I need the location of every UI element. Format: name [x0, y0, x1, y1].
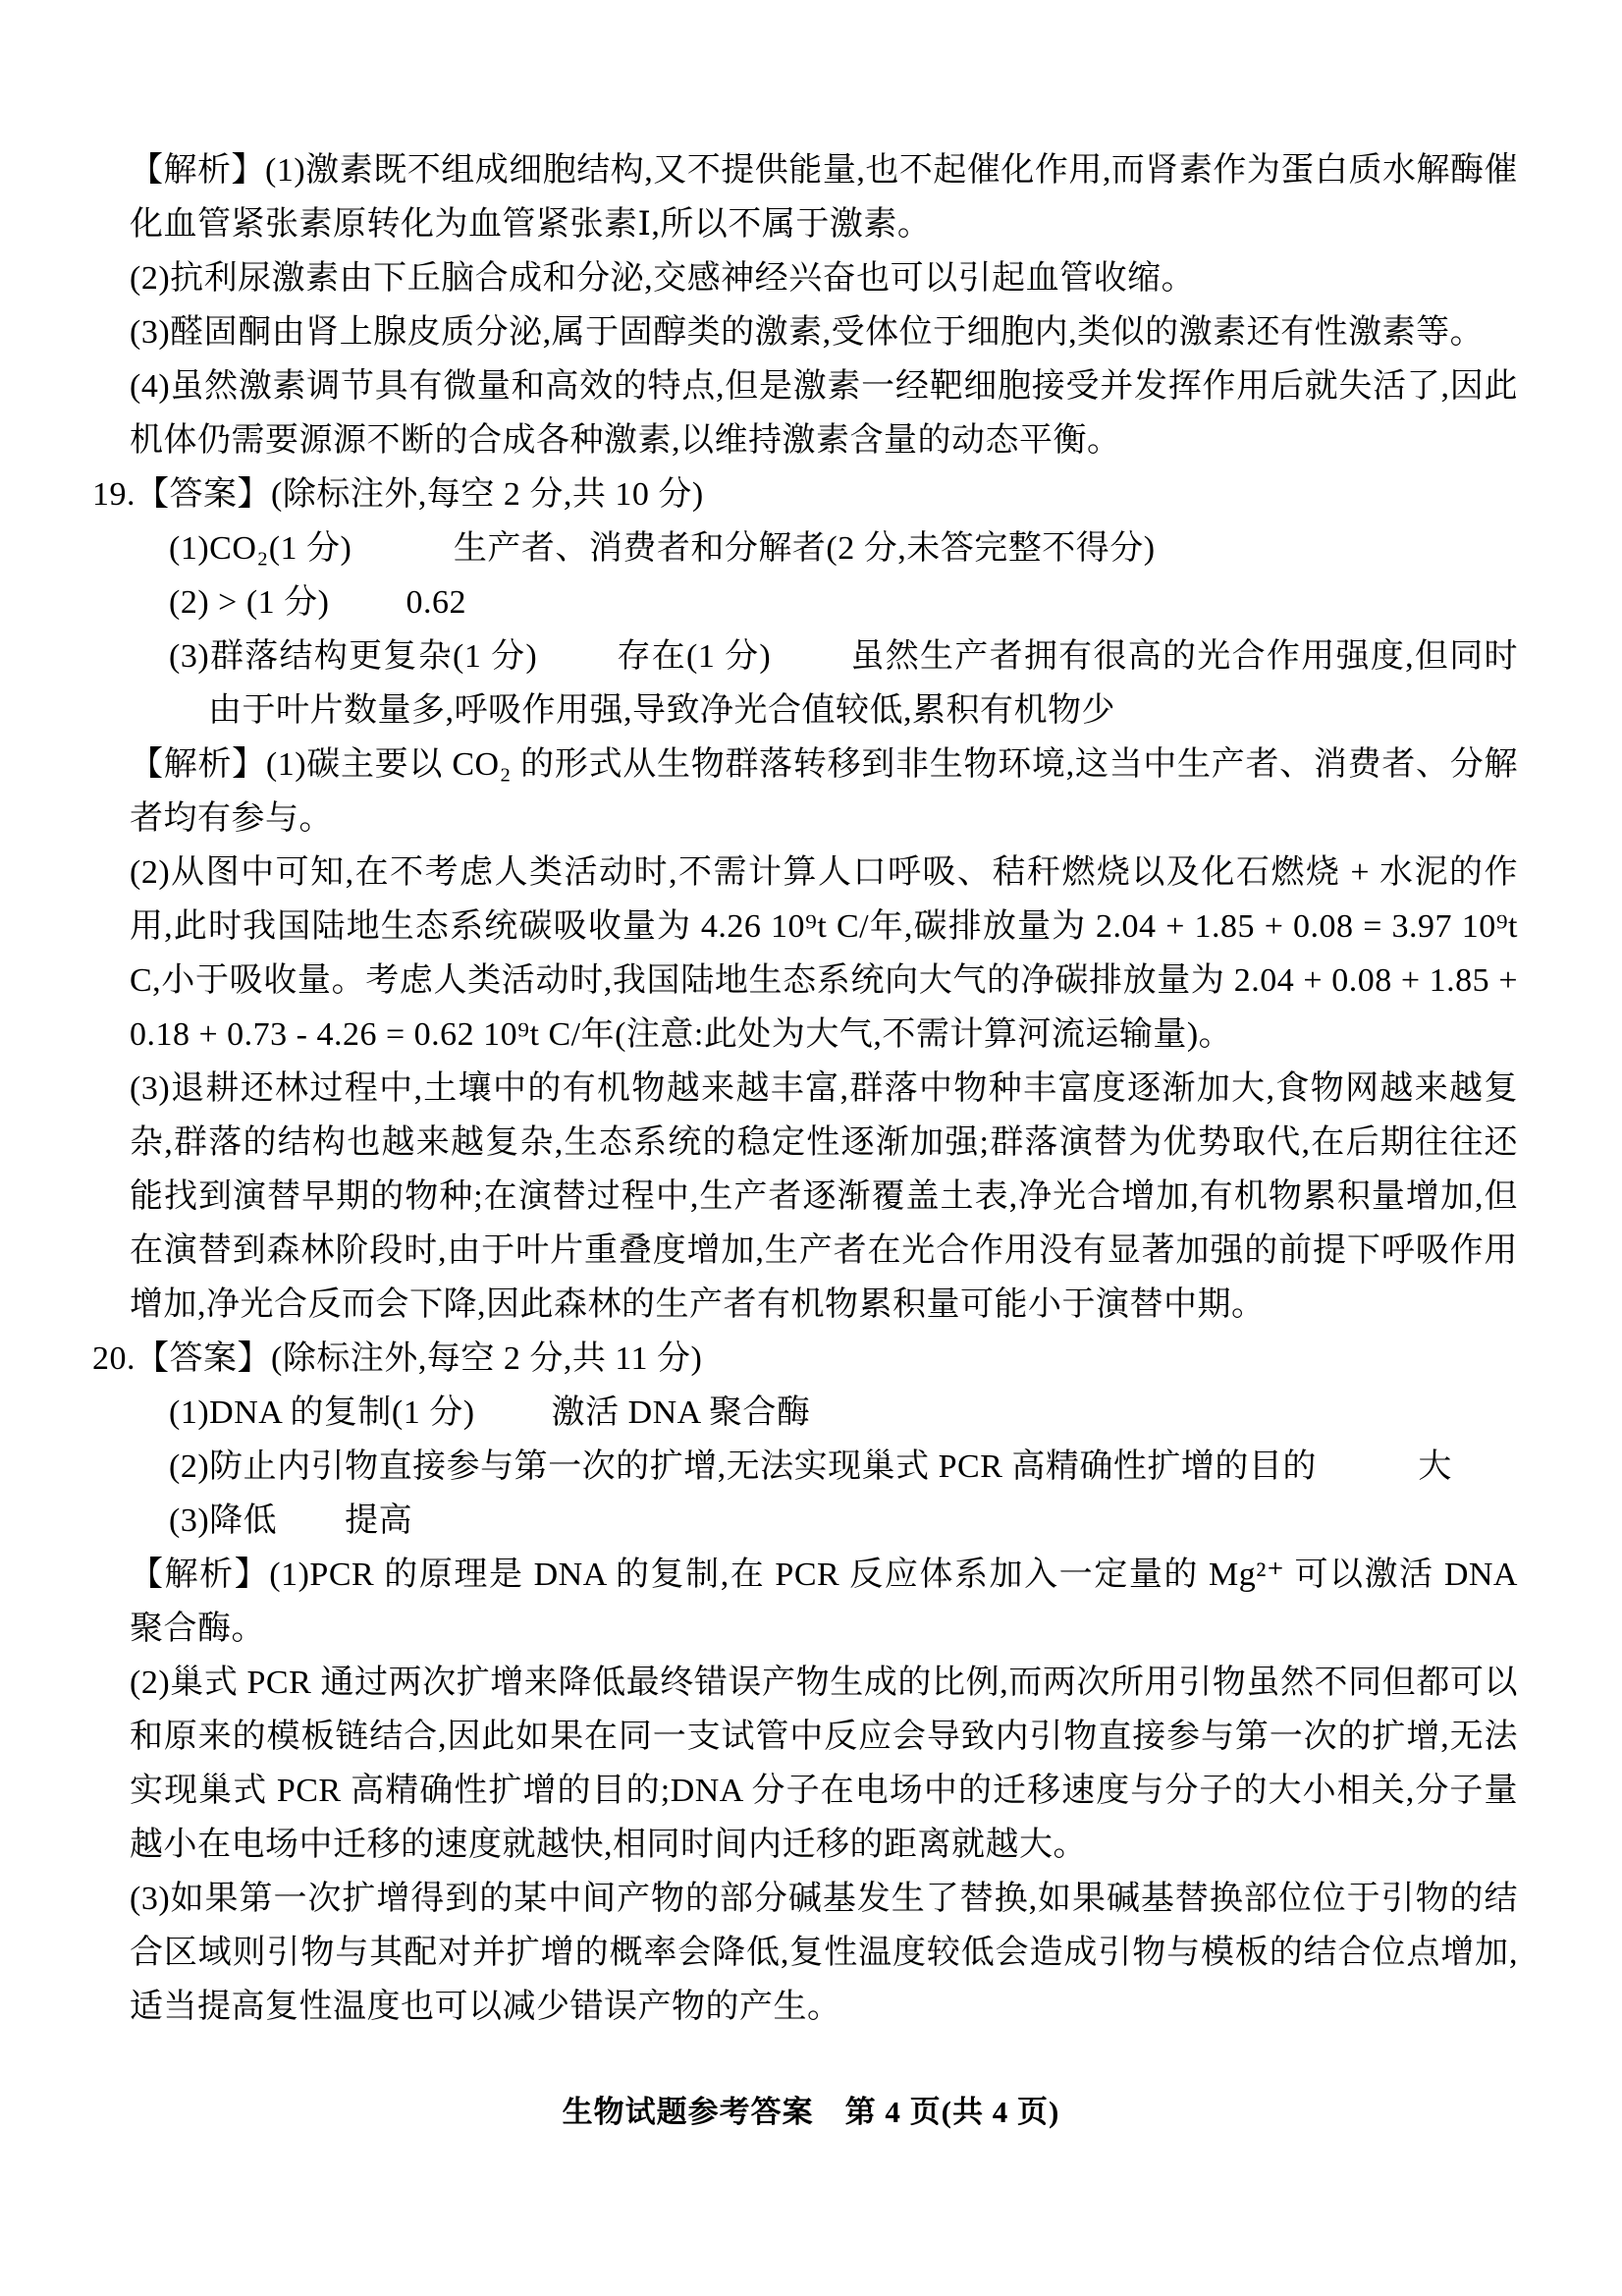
paragraph: (1)DNA 的复制(1 分) 激活 DNA 聚合酶 [169, 1386, 1518, 1440]
page-footer: 生物试题参考答案 第 4 页(共 4 页) [0, 2093, 1622, 2132]
paragraph: 【解析】(1)碳主要以 CO₂ 的形式从生物群落转移到非生物环境,这当中生产者、… [130, 738, 1518, 846]
document-body: 【解析】(1)激素既不组成细胞结构,又不提供能量,也不起催化作用,而肾素作为蛋白… [130, 143, 1518, 2034]
paragraph: (3)群落结构更复杂(1 分) 存在(1 分) 虽然生产者拥有很高的光合作用强度… [208, 629, 1518, 738]
paragraph: (1)CO₂(1 分) 生产者、消费者和分解者(2 分,未答完整不得分) [169, 521, 1518, 575]
paragraph: (2) > (1 分) 0.62 [169, 575, 1518, 629]
paragraph: (3)降低 提高 [169, 1494, 1518, 1548]
paragraph: (2)抗利尿激素由下丘脑合成和分泌,交感神经兴奋也可以引起血管收缩。 [130, 251, 1518, 305]
paragraph: (2)巢式 PCR 通过两次扩增来降低最终错误产物生成的比例,而两次所用引物虽然… [130, 1656, 1518, 1872]
paragraph: (2)防止内引物直接参与第一次的扩增,无法实现巢式 PCR 高精确性扩增的目的 … [169, 1440, 1518, 1494]
paragraph: (3)退耕还林过程中,土壤中的有机物越来越丰富,群落中物种丰富度逐渐加大,食物网… [130, 1062, 1518, 1332]
paragraph: (4)虽然激素调节具有微量和高效的特点,但是激素一经靶细胞接受并发挥作用后就失活… [130, 359, 1518, 467]
paragraph: 【解析】(1)PCR 的原理是 DNA 的复制,在 PCR 反应体系加入一定量的… [130, 1548, 1518, 1656]
paragraph: 【解析】(1)激素既不组成细胞结构,又不提供能量,也不起催化作用,而肾素作为蛋白… [130, 143, 1518, 251]
answer-key-page: { "page": { "background_color": "#ffffff… [0, 0, 1622, 2296]
paragraph: (2)从图中可知,在不考虑人类活动时,不需计算人口呼吸、秸秆燃烧以及化石燃烧 +… [130, 846, 1518, 1062]
paragraph: (3)醛固酮由肾上腺皮质分泌,属于固醇类的激素,受体位于细胞内,类似的激素还有性… [130, 305, 1518, 359]
paragraph: (3)如果第一次扩增得到的某中间产物的部分碱基发生了替换,如果碱基替换部位位于引… [130, 1872, 1518, 2034]
paragraph: 20.【答案】(除标注外,每空 2 分,共 11 分) [130, 1332, 1518, 1386]
paragraph: 19.【答案】(除标注外,每空 2 分,共 10 分) [130, 467, 1518, 521]
